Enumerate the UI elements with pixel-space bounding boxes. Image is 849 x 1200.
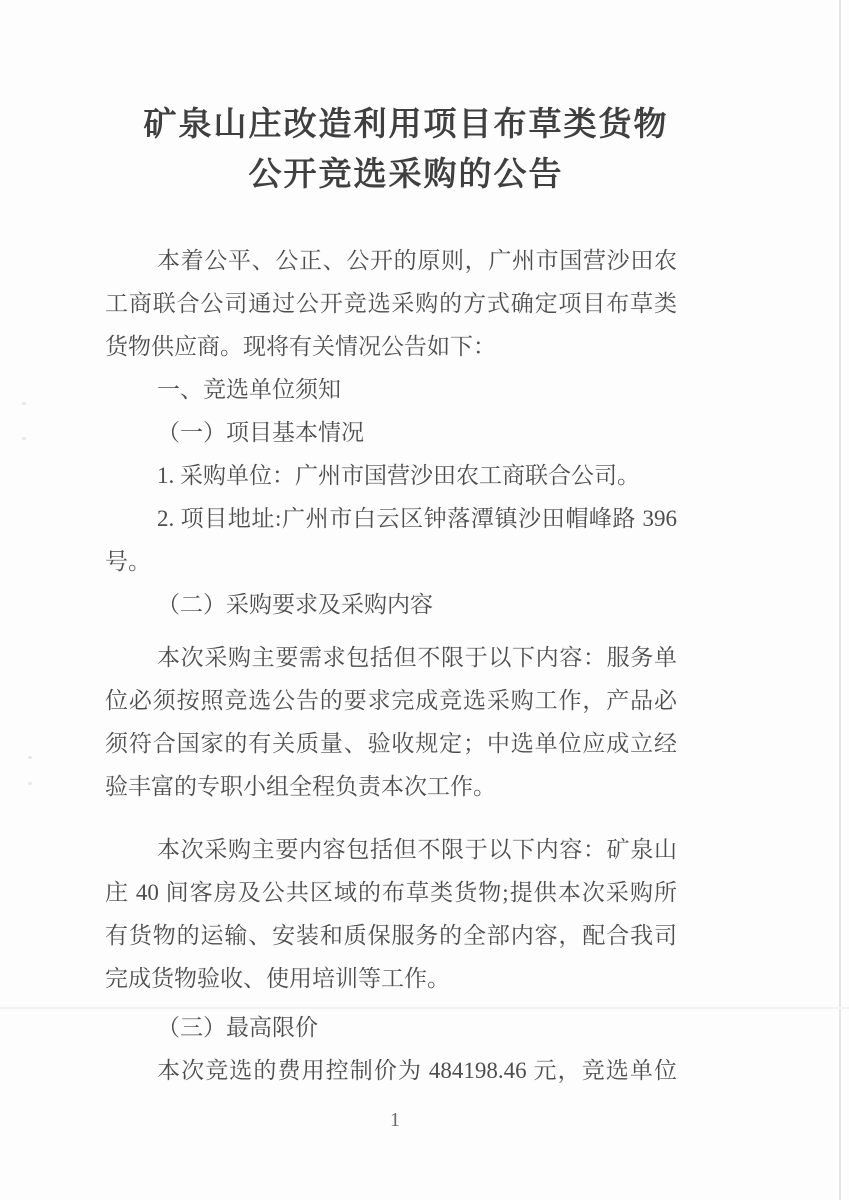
document-title: 矿泉山庄改造利用项目布草类货物 公开竞选采购的公告: [120, 100, 692, 200]
text-line: 完成货物验收、使用培训等工作。: [105, 957, 677, 1000]
paragraph-heading-basic-info: （一）项目基本情况: [105, 411, 677, 454]
paragraph-intro: 本着公平、公正、公开的原则，广州市国营沙田农工商联合公司通过公开竞选采购的方式确…: [105, 239, 677, 368]
scan-speck: [22, 402, 26, 405]
text-line: 2. 项目地址:广州市白云区钟落潭镇沙田帽峰路 396: [105, 497, 677, 540]
paragraph-heading-notice: 一、竞选单位须知: [105, 368, 677, 411]
paragraph-max-price: 本次竞选的费用控制价为 484198.46 元，竞选单位: [105, 1049, 677, 1092]
paragraph-item-address: 2. 项目地址:广州市白云区钟落潭镇沙田帽峰路 396号。: [105, 497, 677, 583]
text-line: 本次采购主要需求包括但不限于以下内容：服务单: [105, 636, 677, 679]
paragraph-requirements: 本次采购主要需求包括但不限于以下内容：服务单位必须按照竞选公告的要求完成竞选采购…: [105, 636, 677, 808]
scan-speck: [22, 437, 26, 440]
text-line: 本次竞选的费用控制价为 484198.46 元，竞选单位: [105, 1049, 677, 1092]
text-line: （三）最高限价: [105, 1006, 677, 1049]
paragraph-heading-requirements: （二）采购要求及采购内容: [105, 583, 677, 626]
scan-speck: [28, 782, 32, 785]
text-line: 本次采购主要内容包括但不限于以下内容：矿泉山: [105, 828, 677, 871]
paragraph-content: 本次采购主要内容包括但不限于以下内容：矿泉山庄 40 间客房及公共区域的布草类货…: [105, 828, 677, 1000]
text-line: 本着公平、公正、公开的原则，广州市国营沙田农: [105, 239, 677, 282]
text-line: 位必须按照竞选公告的要求完成竞选采购工作，产品必: [105, 679, 677, 722]
text-line: （二）采购要求及采购内容: [105, 583, 677, 626]
text-line: 须符合国家的有关质量、验收规定；中选单位应成立经: [105, 722, 677, 765]
text-line: 一、竞选单位须知: [105, 368, 677, 411]
paragraph-item-purchaser: 1. 采购单位：广州市国营沙田农工商联合公司。: [105, 454, 677, 497]
text-line: 工商联合公司通过公开竞选采购的方式确定项目布草类: [105, 282, 677, 325]
scan-speck: [28, 756, 32, 759]
text-line: 号。: [105, 540, 677, 583]
scan-artifact-vertical-line: [839, 0, 841, 1200]
document-title-line-1: 矿泉山庄改造利用项目布草类货物: [120, 100, 692, 150]
paragraph-heading-max-price: （三）最高限价: [105, 1006, 677, 1049]
text-line: 验丰富的专职小组全程负责本次工作。: [105, 765, 677, 808]
text-line: （一）项目基本情况: [105, 411, 677, 454]
text-line: 有货物的运输、安装和质保服务的全部内容，配合我司: [105, 914, 677, 957]
text-line: 庄 40 间客房及公共区域的布草类货物;提供本次采购所: [105, 871, 677, 914]
page-number: 1: [105, 1106, 685, 1134]
text-line: 1. 采购单位：广州市国营沙田农工商联合公司。: [105, 454, 677, 497]
text-line: 货物供应商。现将有关情况公告如下：: [105, 325, 677, 368]
scanned-document-page: 矿泉山庄改造利用项目布草类货物 公开竞选采购的公告 本着公平、公正、公开的原则，…: [0, 0, 849, 1200]
document-body: 本着公平、公正、公开的原则，广州市国营沙田农工商联合公司通过公开竞选采购的方式确…: [105, 239, 677, 1092]
document-title-line-2: 公开竞选采购的公告: [120, 150, 692, 200]
